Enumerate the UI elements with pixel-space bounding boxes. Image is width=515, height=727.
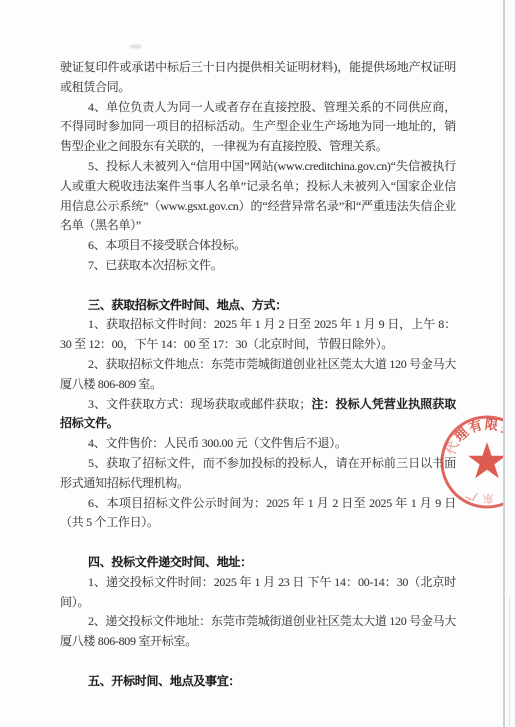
seal-arc-char: 限: [484, 416, 499, 432]
scan-artifact: [130, 45, 141, 48]
paragraph-continuation: 驶证复印件或承诺中标后三十日内提供相关证明材料)，能提供场地产权证明或租赁合同。: [60, 58, 456, 98]
paragraph: 7、已获取本次招标文件。: [60, 256, 456, 276]
section-heading-3: 三、获取招标文件时间、地点、方式：: [60, 296, 456, 316]
seal-bottom-char: 广: [463, 487, 479, 504]
paragraph: 5、投标人未被列入“信用中国”网站(www.creditchina.gov.cn…: [60, 157, 456, 236]
blank-line: [60, 652, 456, 672]
section-heading-5: 五、开标时间、地点及事宜：: [60, 672, 456, 692]
paragraph: 5、获取了招标文件，而不参加投标的投标人，请在开标前三日以书面形式通知招标代理机…: [60, 454, 456, 494]
paragraph: 1、递交投标文件时间：2025 年 1 月 23 日 下午 14：00-14：3…: [60, 573, 456, 613]
blank-line: [60, 533, 456, 553]
page-edge-line: [503, 0, 505, 727]
seal-bottom-char: 东: [482, 492, 493, 506]
paragraph: 2、递交投标文件地址：东莞市莞城街道创业社区莞太大道 120 号金马大厦八楼 8…: [60, 612, 456, 652]
seal-arc-char: 有: [467, 417, 484, 435]
paragraph: 3、文件获取方式：现场获取或邮件获取；注：投标人凭营业执照获取招标文件。: [60, 395, 456, 435]
scanned-document-page: 驶证复印件或承诺中标后三十日内提供相关证明材料)，能提供场地产权证明或租赁合同。…: [0, 0, 515, 727]
blank-line: [60, 276, 456, 296]
page-edge-line-secondary: [509, 598, 510, 727]
paragraph: 2、获取招标文件地点：东莞市莞城街道创业社区莞太大道 120 号金马大厦八楼 8…: [60, 355, 456, 395]
star-icon: [468, 442, 505, 478]
paragraph: 6、本项目不接受联合体投标。: [60, 236, 456, 256]
paragraph: 4、单位负责人为同一人或者存在直接控股、管理关系的不同供应商，不得同时参加同一项…: [60, 98, 456, 157]
paragraph: 1、获取招标文件时间：2025 年 1 月 2 日至 2025 年 1 月 9 …: [60, 315, 456, 355]
section-heading-4: 四、投标文件递交时间、地址：: [60, 553, 456, 573]
document-body: 驶证复印件或承诺中标后三十日内提供相关证明材料)，能提供场地产权证明或租赁合同。…: [60, 58, 456, 692]
scan-background-strip: [505, 0, 515, 727]
paragraph-text: 3、文件获取方式：现场获取或邮件获取；: [88, 397, 311, 411]
paragraph: 6、本项目招标文件公示时间为：2025 年 1 月 2 日至 2025 年 1 …: [60, 494, 456, 534]
paragraph: 4、文件售价：人民币 300.00 元（文件售后不退）。: [60, 434, 456, 454]
